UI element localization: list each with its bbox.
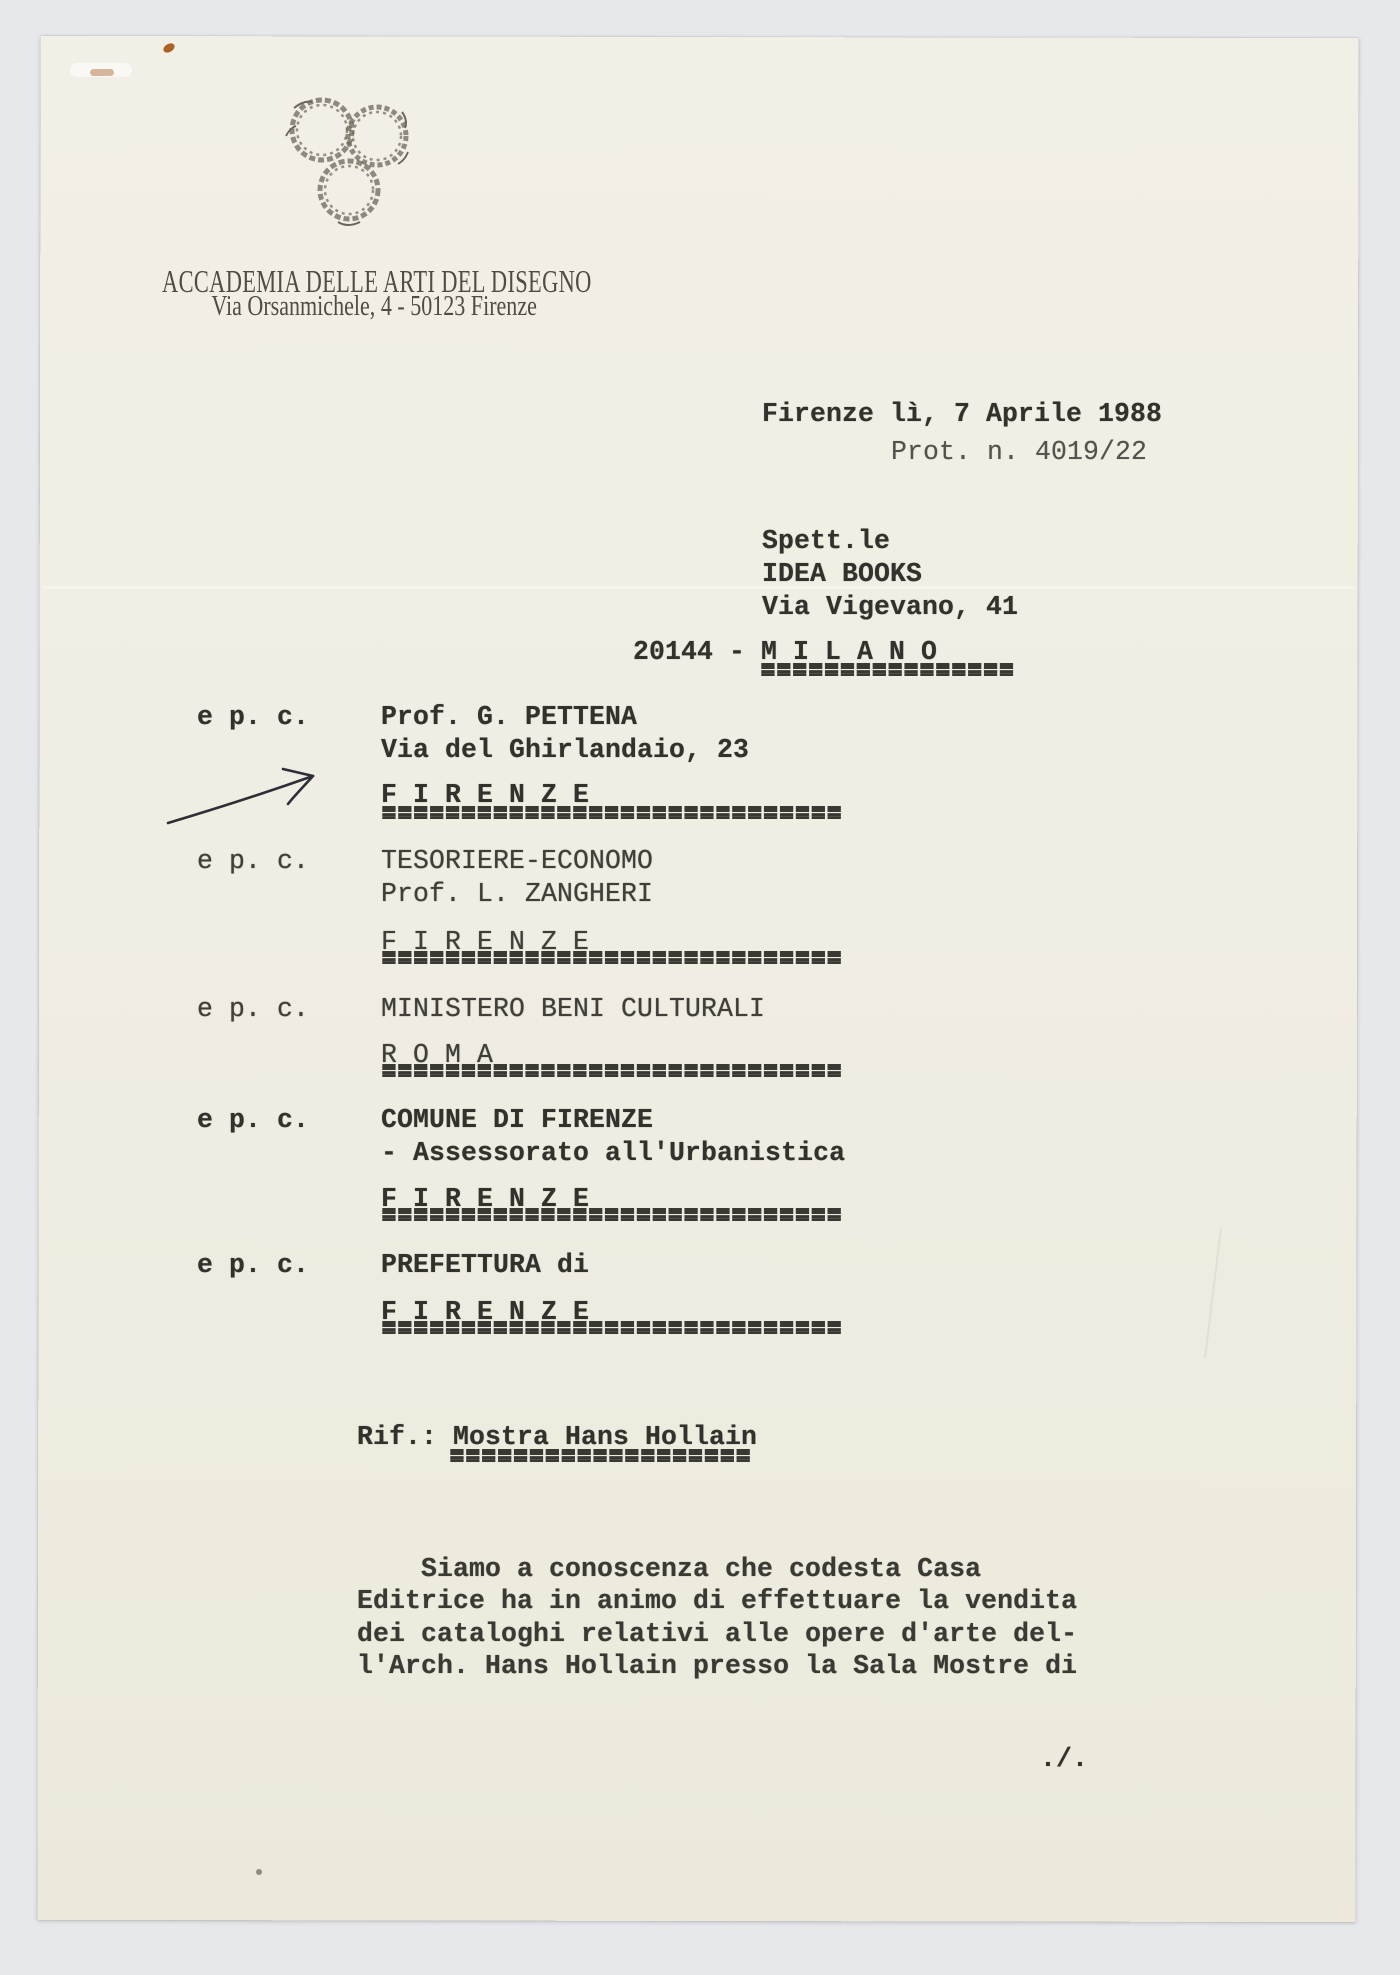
letterhead-address: Via Orsanmichele, 4 - 50123 Firenze	[0, 263, 720, 350]
cc-city-underline: =============================	[381, 1315, 842, 1342]
paper-crease	[1204, 1228, 1222, 1357]
scuff-mark	[70, 63, 132, 77]
rust-stain-dot	[162, 42, 176, 55]
cc-city-underline: =============================	[381, 945, 842, 972]
cc-line: Prof. G. PETTENA	[381, 704, 637, 731]
subject-underline: ===================	[449, 1443, 751, 1470]
cc-label: e p. c.	[197, 1107, 309, 1134]
cc-city-underline: =============================	[381, 800, 842, 827]
recipient-street: Via Vigevano, 41	[762, 594, 1018, 621]
body-line: l'Arch. Hans Hollain presso la Sala Most…	[357, 1653, 1077, 1680]
cc-label: e p. c.	[197, 704, 309, 731]
recipient-salutation: Spett.le	[762, 528, 890, 555]
cc-line: COMUNE DI FIRENZE	[381, 1107, 653, 1134]
body-line: dei cataloghi relativi alle opere d'arte…	[357, 1621, 1077, 1648]
dateline-protocol: Prot. n. 4019/22	[891, 439, 1147, 466]
scan-artifact-band	[43, 586, 1355, 589]
cc-label: e p. c.	[197, 996, 309, 1023]
cc-city-underline: =============================	[381, 1202, 842, 1229]
dateline-place-date: Firenze lì, 7 Aprile 1988	[762, 401, 1162, 428]
cc-city-underline: =============================	[381, 1058, 842, 1085]
cc-line: TESORIERE-ECONOMO	[381, 848, 653, 875]
cc-label: e p. c.	[197, 848, 309, 875]
academy-laurel-logo	[278, 86, 418, 231]
recipient-name: IDEA BOOKS	[762, 561, 922, 588]
body-line: Siamo a conoscenza che codesta Casa	[421, 1556, 981, 1583]
recipient-city-underline: ================	[760, 657, 1014, 684]
cc-line: Via del Ghirlandaio, 23	[381, 737, 749, 764]
paper-speck	[256, 1869, 262, 1875]
handwritten-arrow-annotation	[145, 755, 330, 833]
cc-label: e p. c.	[197, 1252, 309, 1279]
page-content: ACCADEMIA DELLE ARTI DEL DISEGNO Via Ors…	[0, 0, 1400, 1975]
cc-line: PREFETTURA di	[381, 1252, 589, 1279]
cc-line: Prof. L. ZANGHERI	[381, 881, 653, 908]
cc-line: - Assessorato all'Urbanistica	[381, 1140, 845, 1167]
body-line: Editrice ha in animo di effettuare la ve…	[357, 1588, 1077, 1615]
cc-line: MINISTERO BENI CULTURALI	[381, 996, 765, 1023]
continuation-mark: ./.	[1040, 1746, 1088, 1773]
